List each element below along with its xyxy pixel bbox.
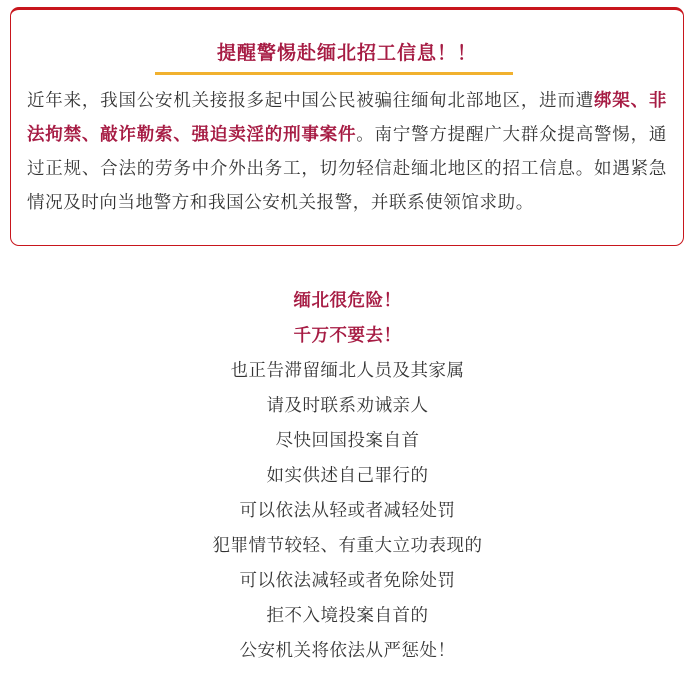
title-underline [155, 72, 513, 75]
warning-line-dont-go: 千万不要去！ [0, 319, 695, 354]
notice-title: 提醒警惕赴缅北招工信息！！ [11, 38, 683, 65]
warning-line: 拒不入境投案自首的 [0, 599, 695, 634]
warning-line-danger: 缅北很危险！ [0, 284, 695, 319]
warning-line: 可以依法从轻或者减轻处罚 [0, 494, 695, 529]
body-text-intro: 近年来，我国公安机关接报多起中国公民被骗往缅甸北部地区，进而遭 [27, 91, 594, 111]
warning-line: 也正告滞留缅北人员及其家属 [0, 354, 695, 389]
notice-body: 近年来，我国公安机关接报多起中国公民被骗往缅甸北部地区，进而遭绑架、非法拘禁、敲… [27, 84, 667, 220]
warning-line: 尽快回国投案自首 [0, 424, 695, 459]
warning-line: 可以依法减轻或者免除处罚 [0, 564, 695, 599]
warning-line: 如实供述自己罪行的 [0, 459, 695, 494]
notice-box: 提醒警惕赴缅北招工信息！！ 近年来，我国公安机关接报多起中国公民被骗往缅甸北部地… [10, 7, 684, 246]
warning-line: 犯罪情节较轻、有重大立功表现的 [0, 529, 695, 564]
warning-line: 公安机关将依法从严惩处！ [0, 634, 695, 669]
warning-lines: 缅北很危险！ 千万不要去！ 也正告滞留缅北人员及其家属 请及时联系劝诫亲人 尽快… [0, 284, 695, 669]
warning-line: 请及时联系劝诫亲人 [0, 389, 695, 424]
